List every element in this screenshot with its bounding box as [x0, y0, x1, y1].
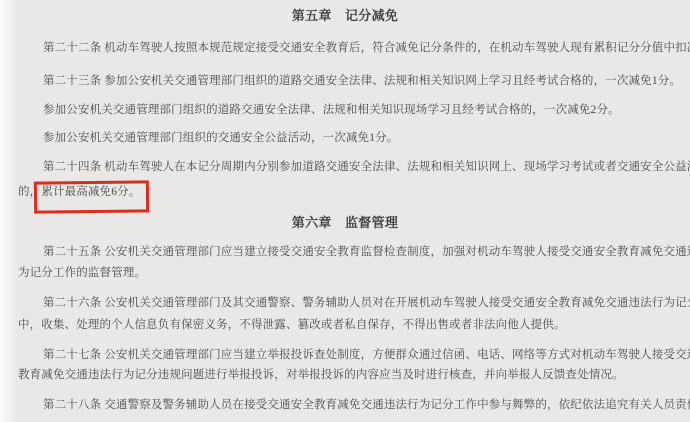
article-22-text: 第二十二条 机动车驾驶人按照本规范规定接受交通安全教育后，符合减免记分条件的，在…: [43, 41, 690, 56]
chapter-5-heading: 第五章 记分减免: [0, 8, 690, 24]
article-26-text-line-1: 第二十六条 公安机关交通管理部门及其交通警察、警务辅助人员对在开展机动车驾驶人接…: [43, 296, 690, 311]
article-27-text-line-2: 教育减免交通违法行为记分违规问题进行举报投诉，对举报投诉的内容应当及时进行核查，…: [18, 368, 624, 383]
article-25-text-line-2: 为记分工作的监督管理。: [18, 266, 146, 281]
article-25-text-line-1: 第二十五条 公安机关交通管理部门应当建立接受交通安全教育监督检查制度，加强对机动…: [43, 245, 690, 260]
article-23-text: 第二十三条 参加公安机关交通管理部门组织的道路交通安全法律、法规和相关知识网上学…: [43, 74, 681, 89]
article-24-text-line-2: 的，累计最高减免6分。: [18, 185, 140, 200]
article-28-text: 第二十八条 交通警察及警务辅助人员在接受交通安全教育减免交通违法行为记分工作中参…: [43, 398, 690, 413]
article-23-paragraph-3-text: 参加公安机关交通管理部门组织的交通安全公益活动，一次减免1分。: [43, 131, 398, 146]
article-24-text-line-1: 第二十四条 机动车驾驶人在本记分周期内分别参加道路交通安全法律、法规和相关知识网…: [43, 160, 690, 175]
article-23-paragraph-2-text: 参加公安机关交通管理部门组织的道路交通安全法律、法规和相关知识现场学习且经考试合…: [43, 103, 620, 118]
line-prefix: 的，: [18, 186, 41, 198]
article-27-text-line-1: 第二十七条 公安机关交通管理部门应当建立举报投诉查处制度，方便群众通过信函、电话…: [43, 348, 690, 363]
document-page: 第五章 记分减免 第二十二条 机动车驾驶人按照本规范规定接受交通安全教育后，符合…: [0, 0, 690, 422]
highlight-box: 累计最高减免6分。: [41, 186, 140, 198]
chapter-6-heading: 第六章 监督管理: [0, 215, 690, 231]
article-26-text-line-2: 中，收集、处理的个人信息负有保密义务，不得泄露、篡改或者私自保存，不得出售或者非…: [18, 318, 566, 333]
